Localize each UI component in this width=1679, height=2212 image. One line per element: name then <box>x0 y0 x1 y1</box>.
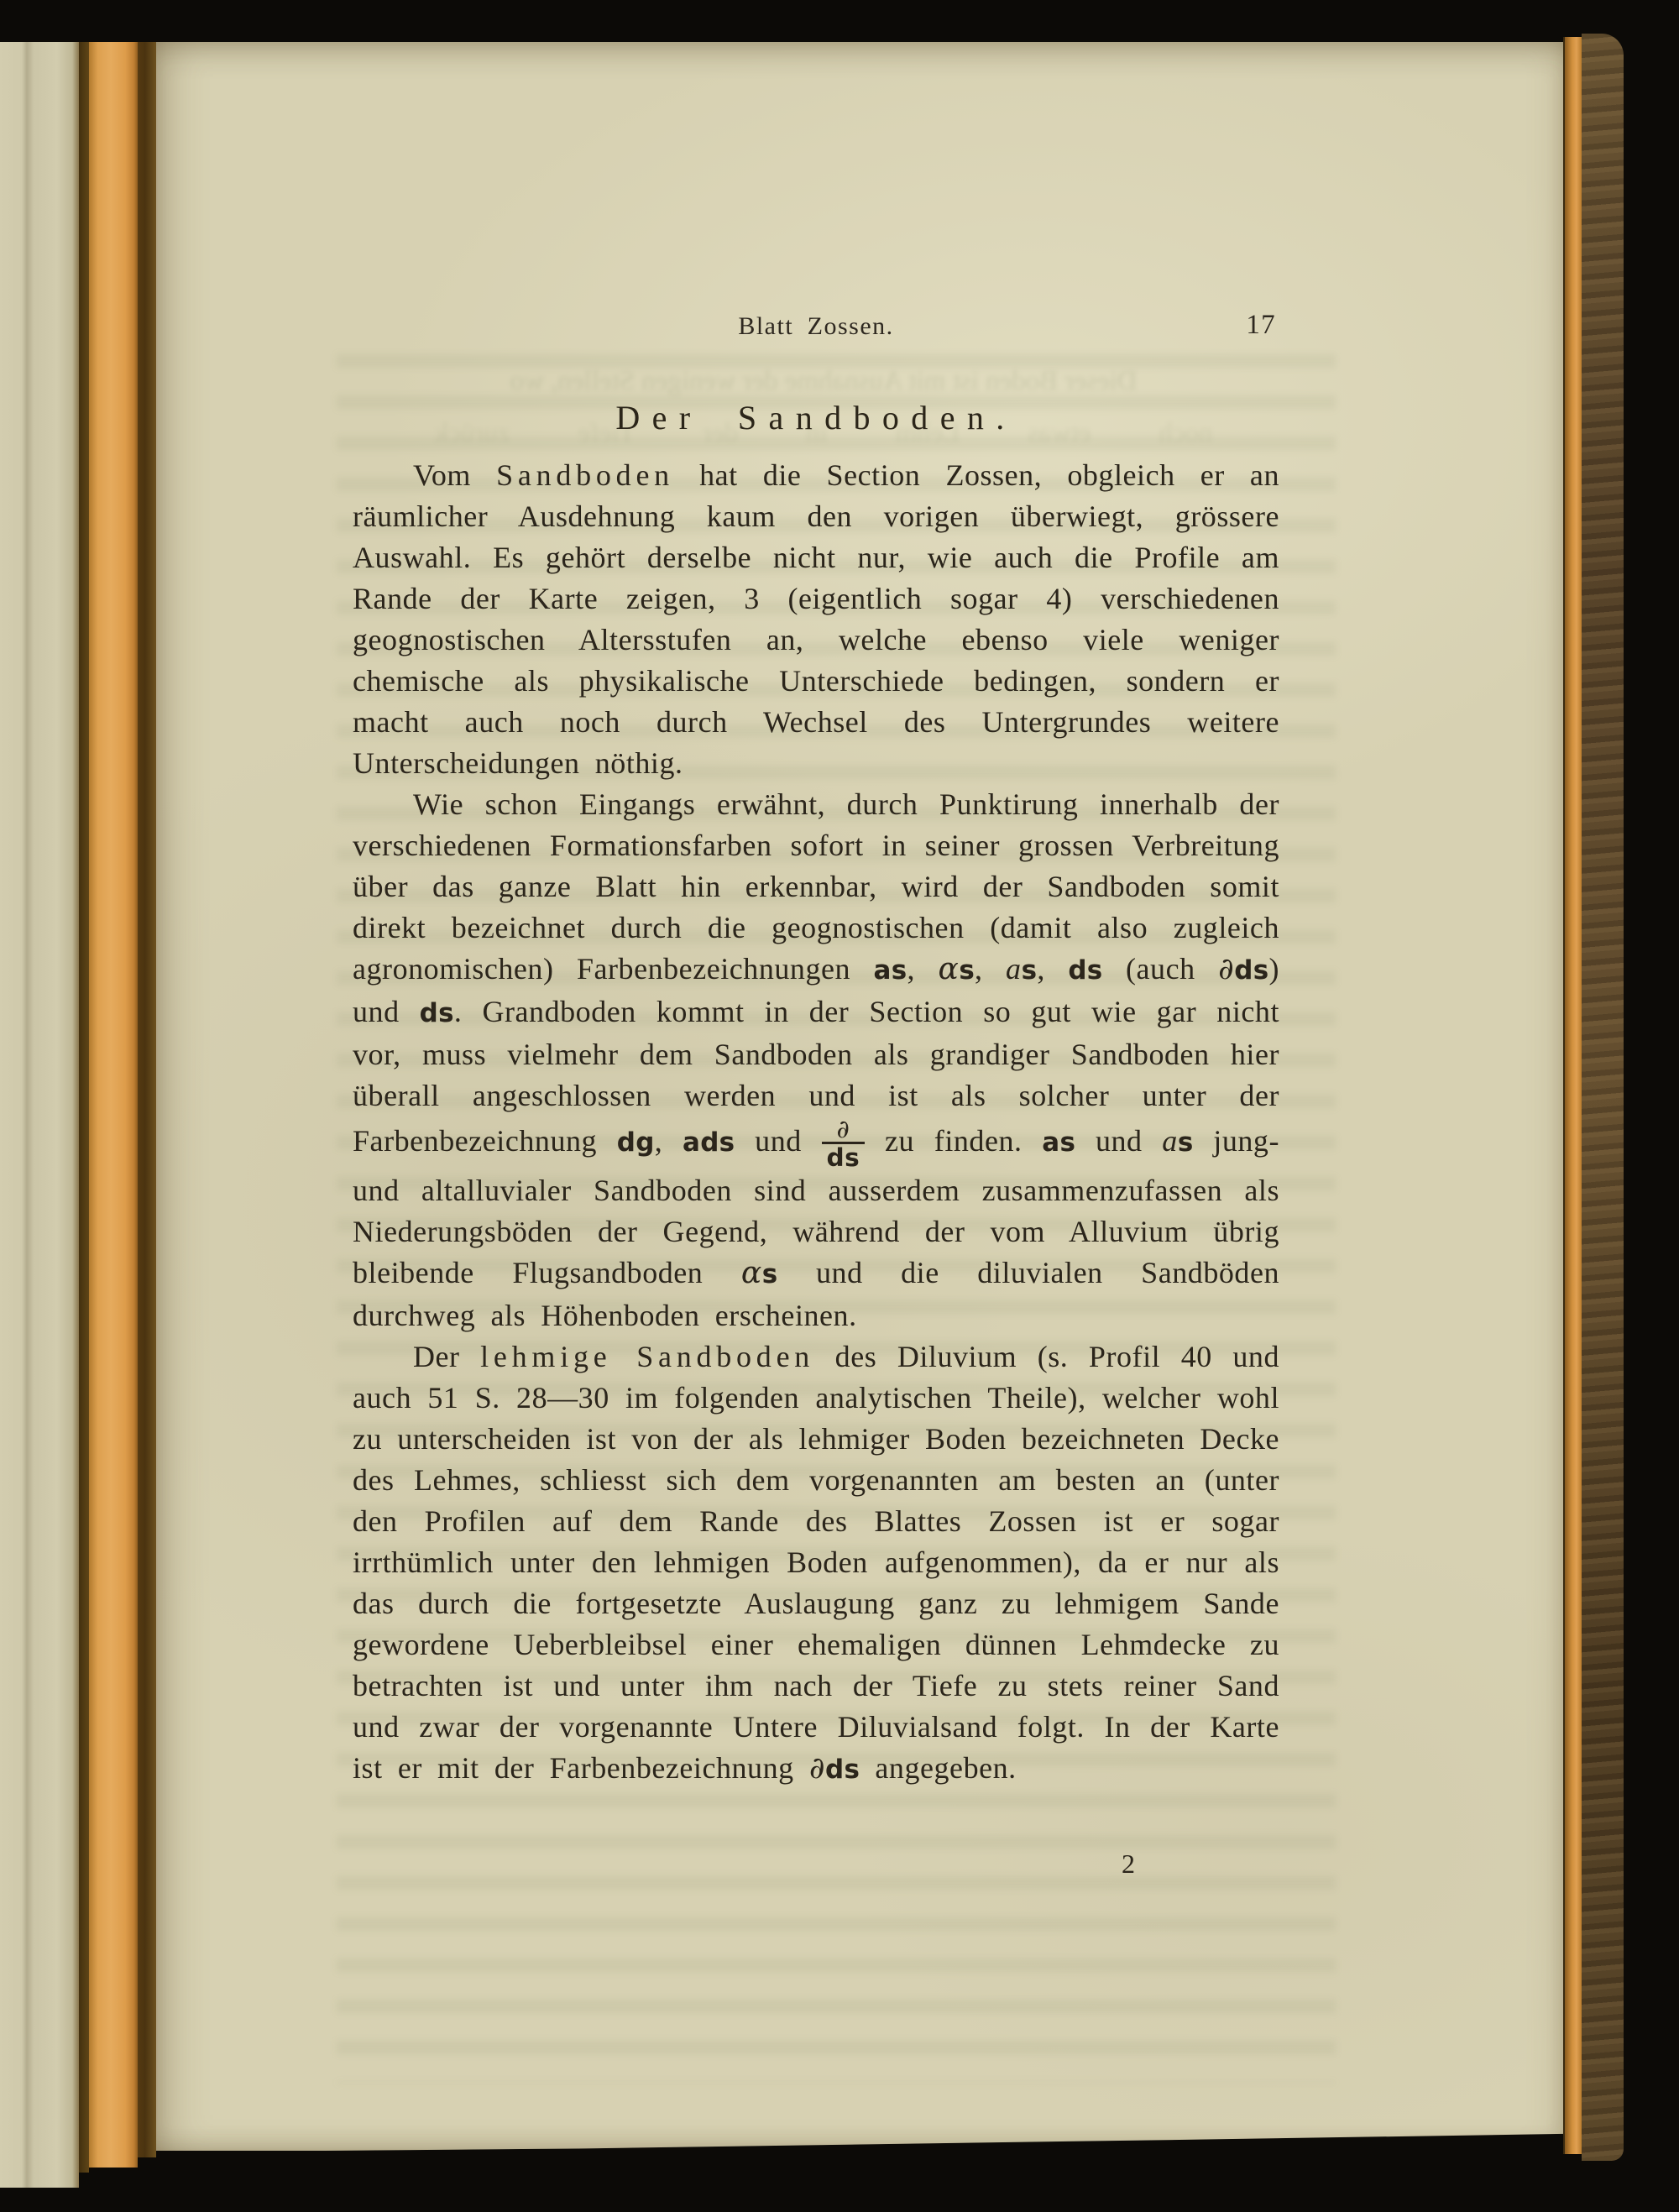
signature-mark: 2 <box>1122 1849 1135 1880</box>
text-run: Der <box>413 1340 480 1373</box>
text-run: Vom <box>413 458 496 492</box>
soil-symbol: ds <box>1234 955 1268 986</box>
soil-symbol: as <box>1042 1127 1075 1158</box>
showthrough-line: Dieser Boden ist mit Ausnahme der wenige… <box>366 366 1281 397</box>
underlying-page-edge <box>0 42 79 2188</box>
page-fore-edge <box>1563 37 1582 2154</box>
soil-symbol: a <box>1162 1124 1178 1158</box>
text-run: hat die Section Zossen, obgleich er an r… <box>353 458 1279 780</box>
text-run: , <box>907 952 938 986</box>
page-number: 17 <box>1246 310 1276 341</box>
text-run: , <box>655 1124 683 1158</box>
soil-symbol: s <box>959 955 975 986</box>
body-text: Vom Sandboden hat die Section Zossen, ob… <box>353 455 1279 1791</box>
soil-symbol: s <box>1178 1127 1194 1158</box>
soil-symbol: ds <box>1068 955 1102 986</box>
text-run: (auch <box>1103 952 1219 986</box>
paragraph: Wie schon Eingangs erwähnt, durch Punkti… <box>353 784 1279 1336</box>
paragraph: Der lehmige Sandboden des Diluvium (s. P… <box>353 1336 1279 1791</box>
soil-symbol: s <box>1022 955 1038 986</box>
text-run: und <box>735 1124 821 1158</box>
text-run: zu finden. <box>865 1124 1042 1158</box>
soil-symbol: α <box>938 952 959 986</box>
running-header-title: Blatt Zossen. <box>353 312 1279 341</box>
paragraph: Vom Sandboden hat die Section Zossen, ob… <box>353 455 1279 784</box>
soil-symbol: ds <box>825 1754 860 1785</box>
soil-symbol: α <box>741 1256 762 1290</box>
soil-symbol: ds <box>420 998 454 1028</box>
text-run: angegeben. <box>860 1751 1017 1785</box>
book-board-edge <box>1582 34 1624 2161</box>
section-title: Der Sandboden. <box>353 398 1279 437</box>
soil-symbol: ads <box>683 1127 735 1158</box>
binding-shadow-left <box>79 42 89 2173</box>
soil-symbol: as <box>874 955 907 986</box>
running-header: Blatt Zossen. 17 <box>353 312 1279 353</box>
text-run: lehmige Sandboden <box>480 1340 814 1373</box>
binding-shadow-right <box>138 42 156 2157</box>
book-page: Dieser Boden ist mit Ausnahme der wenige… <box>156 42 1563 2151</box>
text-run: , <box>1037 952 1068 986</box>
soil-symbol: ∂ <box>1218 952 1234 986</box>
book-scan: Dieser Boden ist mit Ausnahme der wenige… <box>0 0 1679 2212</box>
text-run: und <box>1075 1124 1162 1158</box>
soil-symbol: ∂ <box>809 1751 825 1786</box>
soil-symbol: a <box>1006 952 1022 986</box>
fraction-symbol: ∂ds <box>822 1116 866 1170</box>
soil-symbol: dg <box>617 1127 655 1158</box>
text-run: , <box>975 952 1006 986</box>
text-run: Sandboden <box>496 458 674 492</box>
binding-tape <box>89 42 138 2168</box>
text-run: des Diluvium (s. Profil 40 und auch 51 S… <box>353 1340 1279 1785</box>
soil-symbol: s <box>762 1259 778 1289</box>
